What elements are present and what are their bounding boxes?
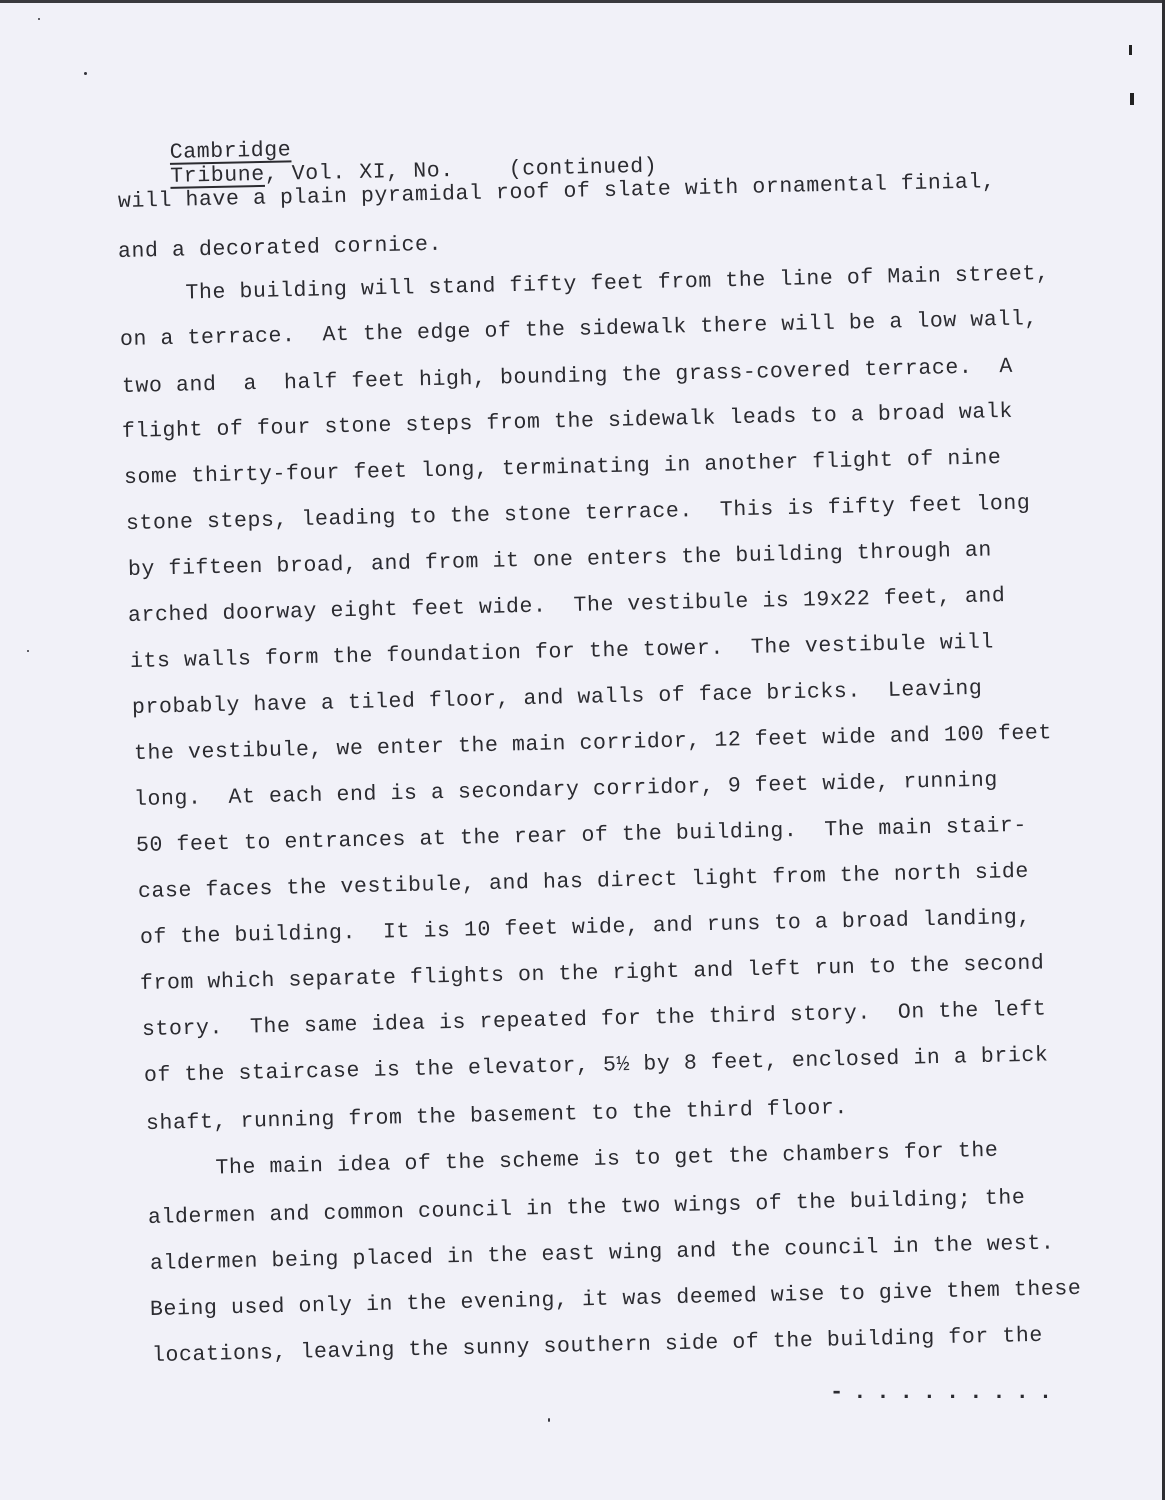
text-line: the vestibule, we enter the main corrido… (134, 721, 1052, 766)
scan-speck (27, 650, 29, 652)
text-line: its walls form the foundation for the to… (130, 630, 994, 674)
scan-top-edge (0, 0, 1165, 3)
publication-name: Cambridge (170, 138, 292, 165)
text-line: Being used only in the evening, it was d… (150, 1277, 1082, 1322)
text-line: flight of four stone steps from the side… (122, 400, 1013, 444)
text-line: of the building. It is 10 feet wide, and… (140, 906, 1031, 950)
text-line: and a decorated cornice. (118, 233, 443, 264)
text-line: arched doorway eight feet wide. The vest… (128, 584, 1006, 628)
publication-name-2: Tribune (170, 163, 265, 189)
text-line: 50 feet to entrances at the rear of the … (136, 814, 1027, 858)
text-line: aldermen and common council in the two w… (148, 1186, 1026, 1230)
text-line: story. The same idea is repeated for the… (142, 997, 1047, 1042)
text-line: some thirty-four feet long, terminating … (124, 446, 1002, 490)
scan-speck (38, 18, 40, 20)
text-line: by fifteen broad, and from it one enters… (128, 538, 992, 582)
continuation-marks: -......... (830, 1380, 1062, 1405)
text-line: shaft, running from the basement to the … (146, 1096, 848, 1136)
text-line: of the staircase is the elevator, 5½ by … (144, 1043, 1049, 1088)
scan-speck (548, 1418, 550, 1422)
text-line: probably have a tiled floor, and walls o… (132, 677, 983, 720)
document-page: Cambridge Tribune, Vol. XI, No.(continue… (0, 0, 1165, 1500)
text-line: The building will stand fifty feet from … (118, 262, 1050, 307)
margin-mark-top (1129, 45, 1132, 55)
margin-mark-bottom (1130, 93, 1134, 105)
text-line: from which separate flights on the right… (140, 951, 1045, 996)
text-line: locations, leaving the sunny southern si… (152, 1324, 1043, 1368)
scan-speck (84, 72, 87, 75)
text-line: stone steps, leading to the stone terrac… (126, 491, 1031, 536)
text-line: long. At each end is a secondary corrido… (134, 768, 998, 812)
text-line: The main idea of the scheme is to get th… (148, 1139, 999, 1182)
text-line: on a terrace. At the edge of the sidewal… (120, 307, 1038, 352)
text-line: two and a half feet high, bounding the g… (122, 355, 1013, 399)
text-line: case faces the vestibule, and has direct… (138, 860, 1029, 904)
text-line: aldermen being placed in the east wing a… (150, 1231, 1055, 1276)
